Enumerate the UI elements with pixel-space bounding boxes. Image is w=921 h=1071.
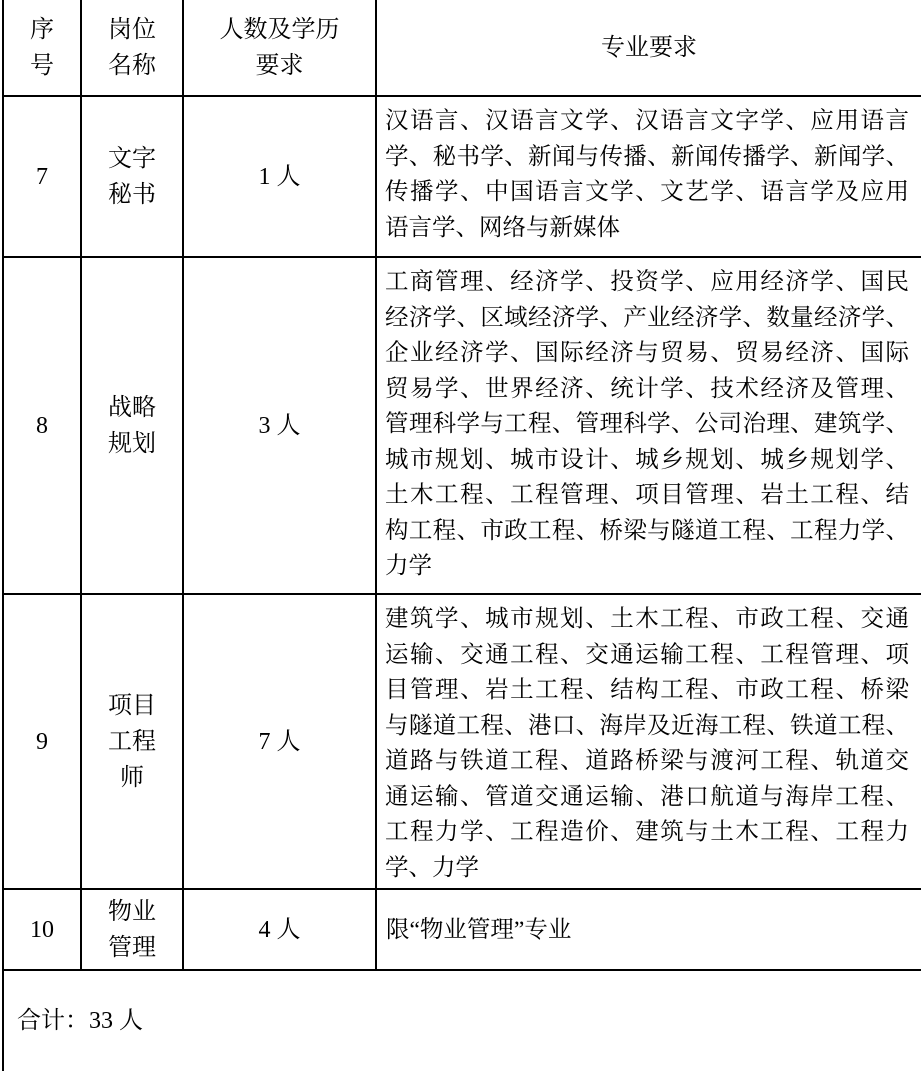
row7-headcount: 1 人 — [184, 97, 377, 256]
total-count-label: 合计：33 人 — [4, 971, 921, 1071]
header-cell-headcount: 人数及学历要求 — [184, 0, 377, 95]
row9-index: 9 — [4, 595, 82, 888]
row7-position: 文字秘书 — [82, 97, 184, 256]
row9-position: 项目工程师 — [82, 595, 184, 888]
row9-headcount: 7 人 — [184, 595, 377, 888]
header-label-index: 序号 — [27, 12, 57, 84]
recruitment-positions-table: 序号 岗位名称 人数及学历要求 专业要求 7 文字秘书 1 人 汉语言、汉语言文… — [2, 0, 921, 1071]
header-cell-index: 序号 — [4, 0, 82, 95]
table-footer-row: 合计：33 人 — [4, 971, 921, 1071]
header-label-position: 岗位名称 — [107, 12, 157, 84]
table-header-row: 序号 岗位名称 人数及学历要求 专业要求 — [4, 0, 921, 97]
row8-position: 战略规划 — [82, 258, 184, 593]
row7-position-text: 文字秘书 — [107, 141, 157, 213]
table-row-8: 8 战略规划 3 人 工商管理、经济学、投资学、应用经济学、国民经济学、区域经济… — [4, 258, 921, 595]
row10-index: 10 — [4, 890, 82, 969]
row10-position: 物业管理 — [82, 890, 184, 969]
row8-major-requirements: 工商管理、经济学、投资学、应用经济学、国民经济学、区域经济学、产业经济学、数量经… — [377, 258, 921, 593]
row10-headcount: 4 人 — [184, 890, 377, 969]
row7-major-requirements: 汉语言、汉语言文学、汉语言文字学、应用语言学、秘书学、新闻与传播、新闻传播学、新… — [377, 97, 921, 256]
table-row-10: 10 物业管理 4 人 限“物业管理”专业 — [4, 890, 921, 971]
document-page: 序号 岗位名称 人数及学历要求 专业要求 7 文字秘书 1 人 汉语言、汉语言文… — [0, 0, 921, 1071]
row10-position-text: 物业管理 — [107, 894, 157, 966]
header-cell-position: 岗位名称 — [82, 0, 184, 95]
header-cell-major: 专业要求 — [377, 0, 921, 95]
header-label-headcount: 人数及学历要求 — [215, 12, 345, 84]
row8-index: 8 — [4, 258, 82, 593]
row9-position-text: 项目工程师 — [107, 688, 157, 796]
row10-major-requirements: 限“物业管理”专业 — [377, 890, 921, 969]
row8-position-text: 战略规划 — [107, 390, 157, 462]
row9-major-requirements: 建筑学、城市规划、土木工程、市政工程、交通运输、交通工程、交通运输工程、工程管理… — [377, 595, 921, 888]
header-label-major: 专业要求 — [601, 30, 697, 66]
table-row-9: 9 项目工程师 7 人 建筑学、城市规划、土木工程、市政工程、交通运输、交通工程… — [4, 595, 921, 890]
row8-headcount: 3 人 — [184, 258, 377, 593]
table-row-7: 7 文字秘书 1 人 汉语言、汉语言文学、汉语言文字学、应用语言学、秘书学、新闻… — [4, 97, 921, 258]
row7-index: 7 — [4, 97, 82, 256]
